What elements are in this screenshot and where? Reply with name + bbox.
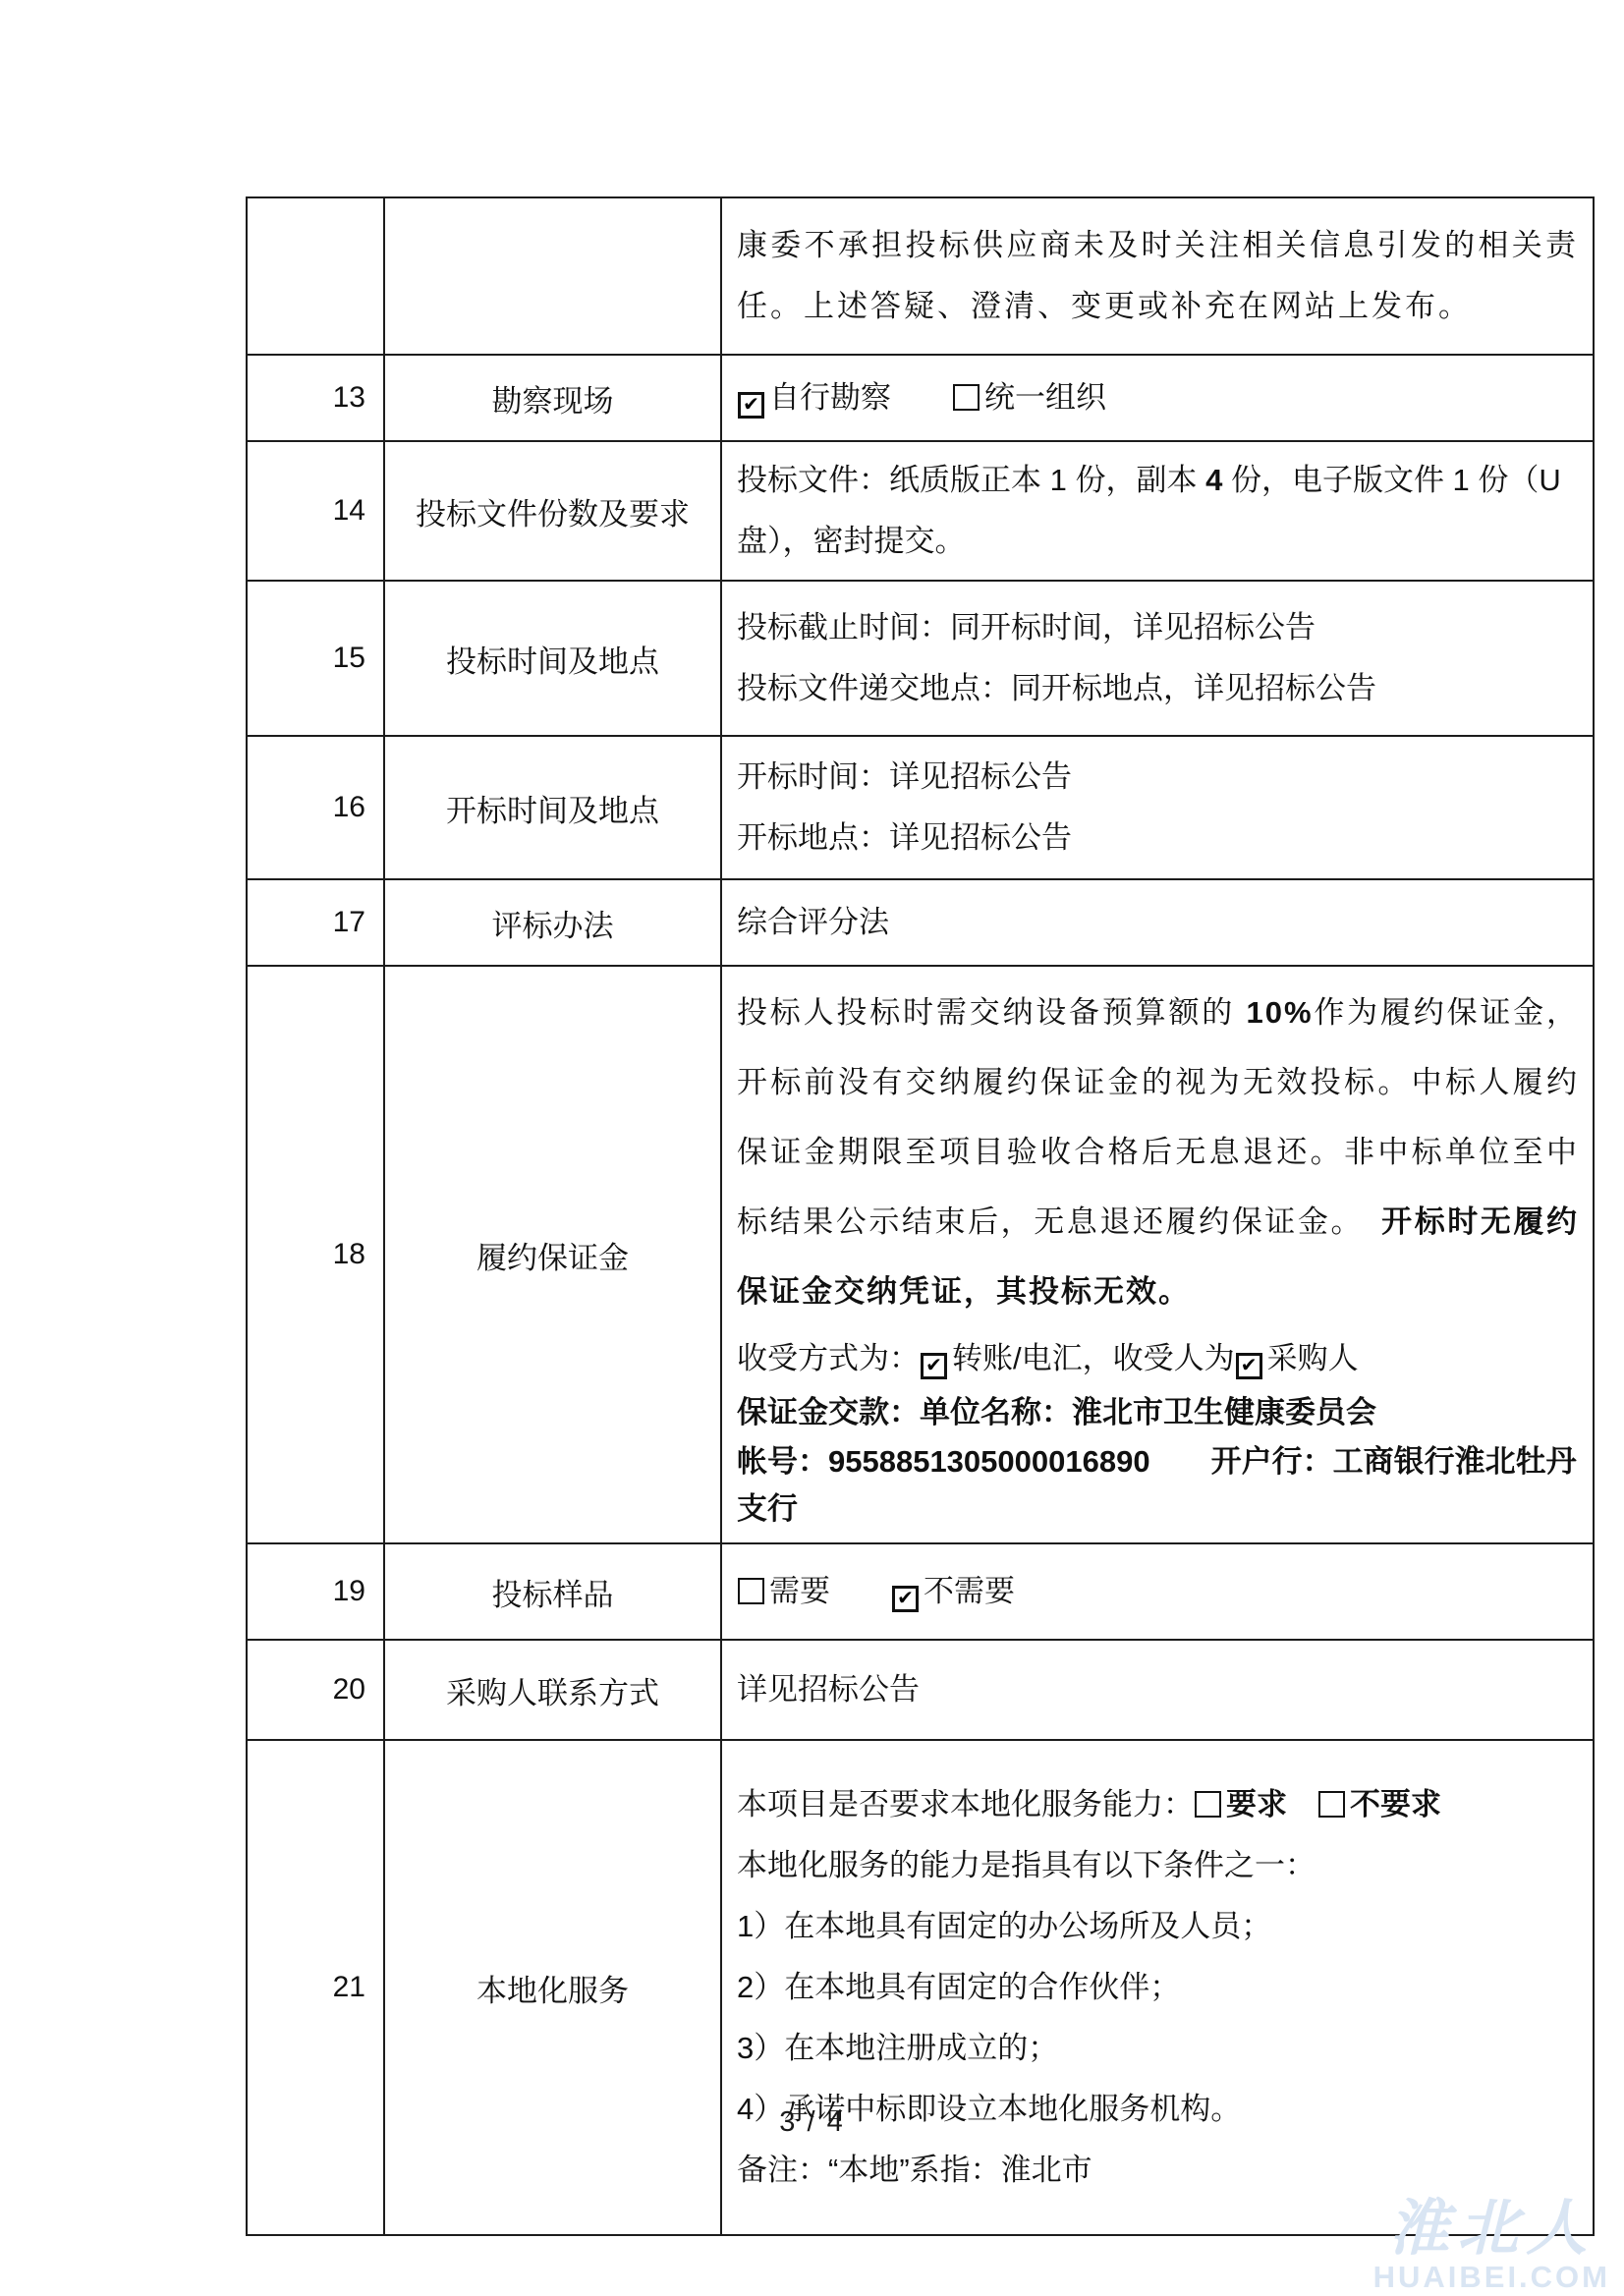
bid-table-body: 康委不承担投标供应商未及时关注相关信息引发的相关责任。上述答疑、澄清、变更或补充… xyxy=(247,197,1594,2235)
table-row: 17评标办法综合评分法 xyxy=(247,879,1594,966)
content-paragraph: 开标时间：详见招标公告 xyxy=(737,747,1579,808)
item-label-cell: 评标办法 xyxy=(384,879,721,966)
table-row: 18履约保证金投标人投标时需交纳设备预算额的 10%作为履约保证金，开标前没有交… xyxy=(247,966,1594,1543)
table-row: 19投标样品需要 ✔不需要 xyxy=(247,1543,1594,1640)
row-number-cell: 13 xyxy=(247,355,384,441)
content-cell: 综合评分法 xyxy=(721,879,1594,966)
checkbox-checked-icon: ✔ xyxy=(738,392,764,419)
watermark-cn-text: 淮北人 xyxy=(1373,2199,1610,2260)
content-cell: 详见招标公告 xyxy=(721,1640,1594,1740)
item-label-cell: 勘察现场 xyxy=(384,355,721,441)
page-number: 3 / 4 xyxy=(0,2106,1624,2139)
content-paragraph: 2）在本地具有固定的合作伙伴； xyxy=(737,1957,1579,2018)
content-paragraph: 投标人投标时需交纳设备预算额的 10%作为履约保证金，开标前没有交纳履约保证金的… xyxy=(737,978,1579,1326)
item-label-cell: 履约保证金 xyxy=(384,966,721,1543)
content-paragraph: 3）在本地注册成立的； xyxy=(737,2018,1579,2079)
checkbox-unchecked-icon xyxy=(738,1578,764,1604)
row-number-cell: 18 xyxy=(247,966,384,1543)
content-cell: 投标人投标时需交纳设备预算额的 10%作为履约保证金，开标前没有交纳履约保证金的… xyxy=(721,966,1594,1543)
content-paragraph: 投标截止时间：同开标时间，详见招标公告 xyxy=(737,597,1579,658)
content-cell: 需要 ✔不需要 xyxy=(721,1543,1594,1640)
content-cell: 投标截止时间：同开标时间，详见招标公告投标文件递交地点：同开标地点，详见招标公告 xyxy=(721,581,1594,736)
table-row: 13勘察现场✔自行勘察 统一组织 xyxy=(247,355,1594,441)
checkbox-checked-icon: ✔ xyxy=(892,1586,919,1612)
row-number-cell: 15 xyxy=(247,581,384,736)
checkbox-unchecked-icon xyxy=(1318,1791,1345,1818)
table-row: 20采购人联系方式详见招标公告 xyxy=(247,1640,1594,1740)
content-cell: 本项目是否要求本地化服务能力：要求 不要求本地化服务的能力是指具有以下条件之一：… xyxy=(721,1740,1594,2235)
row-number-cell: 19 xyxy=(247,1543,384,1640)
watermark-en-text: HUAIBEI.COM xyxy=(1373,2262,1610,2292)
content-cell: ✔自行勘察 统一组织 xyxy=(721,355,1594,441)
checkbox-checked-icon: ✔ xyxy=(1236,1353,1262,1379)
checkbox-checked-icon: ✔ xyxy=(921,1353,947,1379)
content-paragraph: 本项目是否要求本地化服务能力：要求 不要求 xyxy=(737,1774,1579,1835)
content-paragraph: 收受方式为：✔转账/电汇，收受人为✔采购人 xyxy=(737,1330,1579,1387)
content-paragraph: 保证金交款：单位名称：淮北市卫生健康委员会 xyxy=(737,1387,1579,1438)
content-paragraph: 需要 ✔不需要 xyxy=(737,1561,1579,1622)
content-paragraph: 开标地点：详见招标公告 xyxy=(737,808,1579,868)
content-paragraph: 详见招标公告 xyxy=(737,1659,1579,1720)
content-paragraph: 备注：“本地”系指：淮北市 xyxy=(737,2140,1579,2201)
content-cell: 开标时间：详见招标公告开标地点：详见招标公告 xyxy=(721,736,1594,879)
content-paragraph: 投标文件递交地点：同开标地点，详见招标公告 xyxy=(737,658,1579,719)
table-row: 16开标时间及地点开标时间：详见招标公告开标地点：详见招标公告 xyxy=(247,736,1594,879)
content-cell: 康委不承担投标供应商未及时关注相关信息引发的相关责任。上述答疑、澄清、变更或补充… xyxy=(721,197,1594,355)
row-number-cell: 21 xyxy=(247,1740,384,2235)
row-number-cell: 14 xyxy=(247,441,384,581)
row-number-cell: 16 xyxy=(247,736,384,879)
table-row: 康委不承担投标供应商未及时关注相关信息引发的相关责任。上述答疑、澄清、变更或补充… xyxy=(247,197,1594,355)
item-label-cell: 开标时间及地点 xyxy=(384,736,721,879)
item-label-cell: 采购人联系方式 xyxy=(384,1640,721,1740)
content-paragraph: 本地化服务的能力是指具有以下条件之一： xyxy=(737,1835,1579,1896)
content-paragraph: 综合评分法 xyxy=(737,892,1579,953)
item-label-cell: 投标时间及地点 xyxy=(384,581,721,736)
row-number-cell xyxy=(247,197,384,355)
content-paragraph: 帐号：9558851305000016890 开户行：工商银行淮北牡丹支行 xyxy=(737,1438,1579,1533)
item-label-cell: 投标样品 xyxy=(384,1543,721,1640)
bid-info-table: 康委不承担投标供应商未及时关注相关信息引发的相关责任。上述答疑、澄清、变更或补充… xyxy=(246,196,1595,2236)
table-row: 15投标时间及地点投标截止时间：同开标时间，详见招标公告投标文件递交地点：同开标… xyxy=(247,581,1594,736)
row-number-cell: 17 xyxy=(247,879,384,966)
checkbox-unchecked-icon xyxy=(1195,1791,1221,1818)
content-paragraph: 康委不承担投标供应商未及时关注相关信息引发的相关责任。上述答疑、澄清、变更或补充… xyxy=(737,215,1579,337)
content-cell: 投标文件：纸质版正本 1 份，副本 4 份，电子版文件 1 份（U 盘），密封提… xyxy=(721,441,1594,581)
content-paragraph: 投标文件：纸质版正本 1 份，副本 4 份，电子版文件 1 份（U 盘），密封提… xyxy=(737,450,1579,572)
item-label-cell: 投标文件份数及要求 xyxy=(384,441,721,581)
item-label-cell xyxy=(384,197,721,355)
table-row: 21本地化服务本项目是否要求本地化服务能力：要求 不要求本地化服务的能力是指具有… xyxy=(247,1740,1594,2235)
content-paragraph: ✔自行勘察 统一组织 xyxy=(737,367,1579,428)
table-row: 14投标文件份数及要求投标文件：纸质版正本 1 份，副本 4 份，电子版文件 1… xyxy=(247,441,1594,581)
watermark: 淮北人 HUAIBEI.COM xyxy=(1373,2199,1610,2292)
content-paragraph: 1）在本地具有固定的办公场所及人员； xyxy=(737,1896,1579,1957)
document-page: 康委不承担投标供应商未及时关注相关信息引发的相关责任。上述答疑、澄清、变更或补充… xyxy=(0,0,1624,2296)
item-label-cell: 本地化服务 xyxy=(384,1740,721,2235)
row-number-cell: 20 xyxy=(247,1640,384,1740)
checkbox-unchecked-icon xyxy=(953,384,980,411)
